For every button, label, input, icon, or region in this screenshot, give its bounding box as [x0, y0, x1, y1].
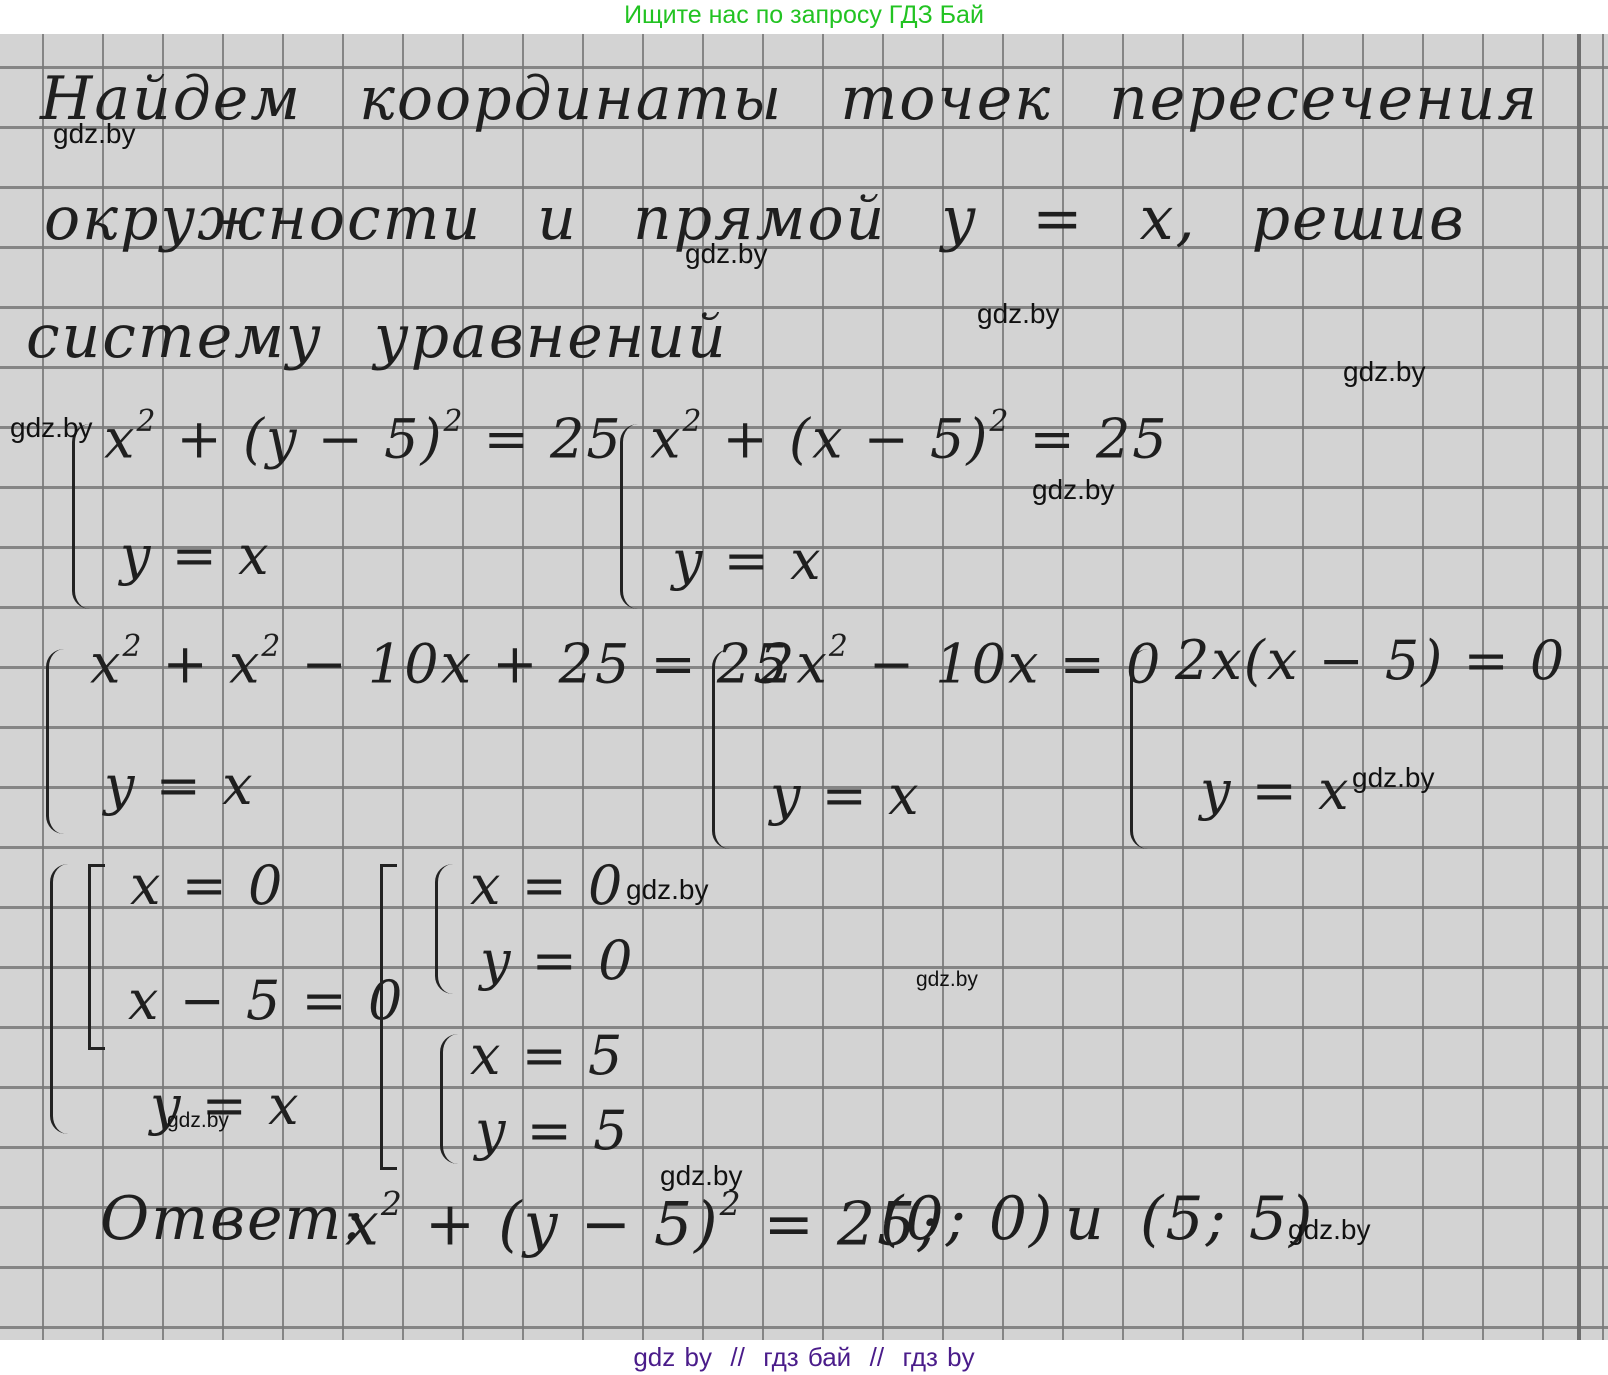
- system2-eq2: y = x: [672, 529, 823, 592]
- system3-brace: [46, 649, 71, 834]
- system6-brace: [50, 864, 75, 1134]
- system7-a-y: y = 0: [480, 929, 634, 992]
- system7-bracket: [380, 864, 397, 1170]
- watermark: gdz.by: [916, 968, 978, 992]
- system6-case2: x − 5 = 0: [128, 969, 404, 1032]
- intro-line-3: систему уравнений: [26, 302, 728, 372]
- system7-b-x: x = 5: [470, 1024, 624, 1087]
- watermark: gdz.by: [626, 874, 709, 906]
- watermark: gdz.by: [167, 1109, 229, 1133]
- system6-bracket: [88, 864, 105, 1050]
- watermark: gdz.by: [10, 412, 93, 444]
- answer-conjunction: и: [1065, 1184, 1106, 1254]
- watermark: gdz.by: [1343, 356, 1426, 388]
- system5-eq1: 2x(x − 5) = 0: [1175, 629, 1566, 692]
- intro-line-1: Найдем координаты точек пересечения: [40, 64, 1539, 134]
- system7b-brace: [440, 1034, 465, 1164]
- system7-a-x: x = 0: [470, 854, 624, 917]
- notebook-page: Найдем координаты точек пересечения окру…: [0, 34, 1608, 1340]
- answer-equation: x2 + (y − 5)2 = 25;: [345, 1184, 940, 1260]
- system5-brace: [1130, 649, 1155, 849]
- watermark: gdz.by: [977, 298, 1060, 330]
- system2-eq1: x2 + (x − 5)2 = 25: [650, 404, 1169, 471]
- system1-eq1: x2 + (y − 5)2 = 25: [104, 404, 623, 471]
- answer-label: Ответ:: [100, 1184, 366, 1254]
- watermark: gdz.by: [685, 238, 768, 270]
- system3-eq2: y = x: [104, 754, 255, 817]
- system7-b-y: y = 5: [475, 1099, 629, 1162]
- watermark: gdz.by: [53, 118, 136, 150]
- system1-brace: [72, 424, 97, 609]
- system3-eq1: x2 + x2 − 10x + 25 = 25: [90, 629, 790, 696]
- system4-eq1: 2x2 − 10x = 0: [760, 629, 1162, 696]
- top-banner: Ищите нас по запросу ГДЗ Бай: [0, 0, 1608, 34]
- system6-case1: x = 0: [130, 854, 284, 917]
- watermark: gdz.by: [660, 1160, 743, 1192]
- bottom-banner: gdz by // гдз бай // гдз by: [0, 1340, 1608, 1375]
- watermark: gdz.by: [1352, 762, 1435, 794]
- system4-brace: [712, 649, 737, 849]
- answer-point-1: (0; 0): [880, 1184, 1054, 1254]
- system7a-brace: [435, 864, 460, 994]
- system5-eq2: y = x: [1200, 759, 1351, 822]
- system2-brace: [620, 424, 645, 609]
- system4-eq2: y = x: [770, 764, 921, 827]
- watermark: gdz.by: [1032, 474, 1115, 506]
- watermark: gdz.by: [1288, 1214, 1371, 1246]
- margin-line: [1577, 34, 1581, 1340]
- system1-eq2: y = x: [120, 524, 271, 587]
